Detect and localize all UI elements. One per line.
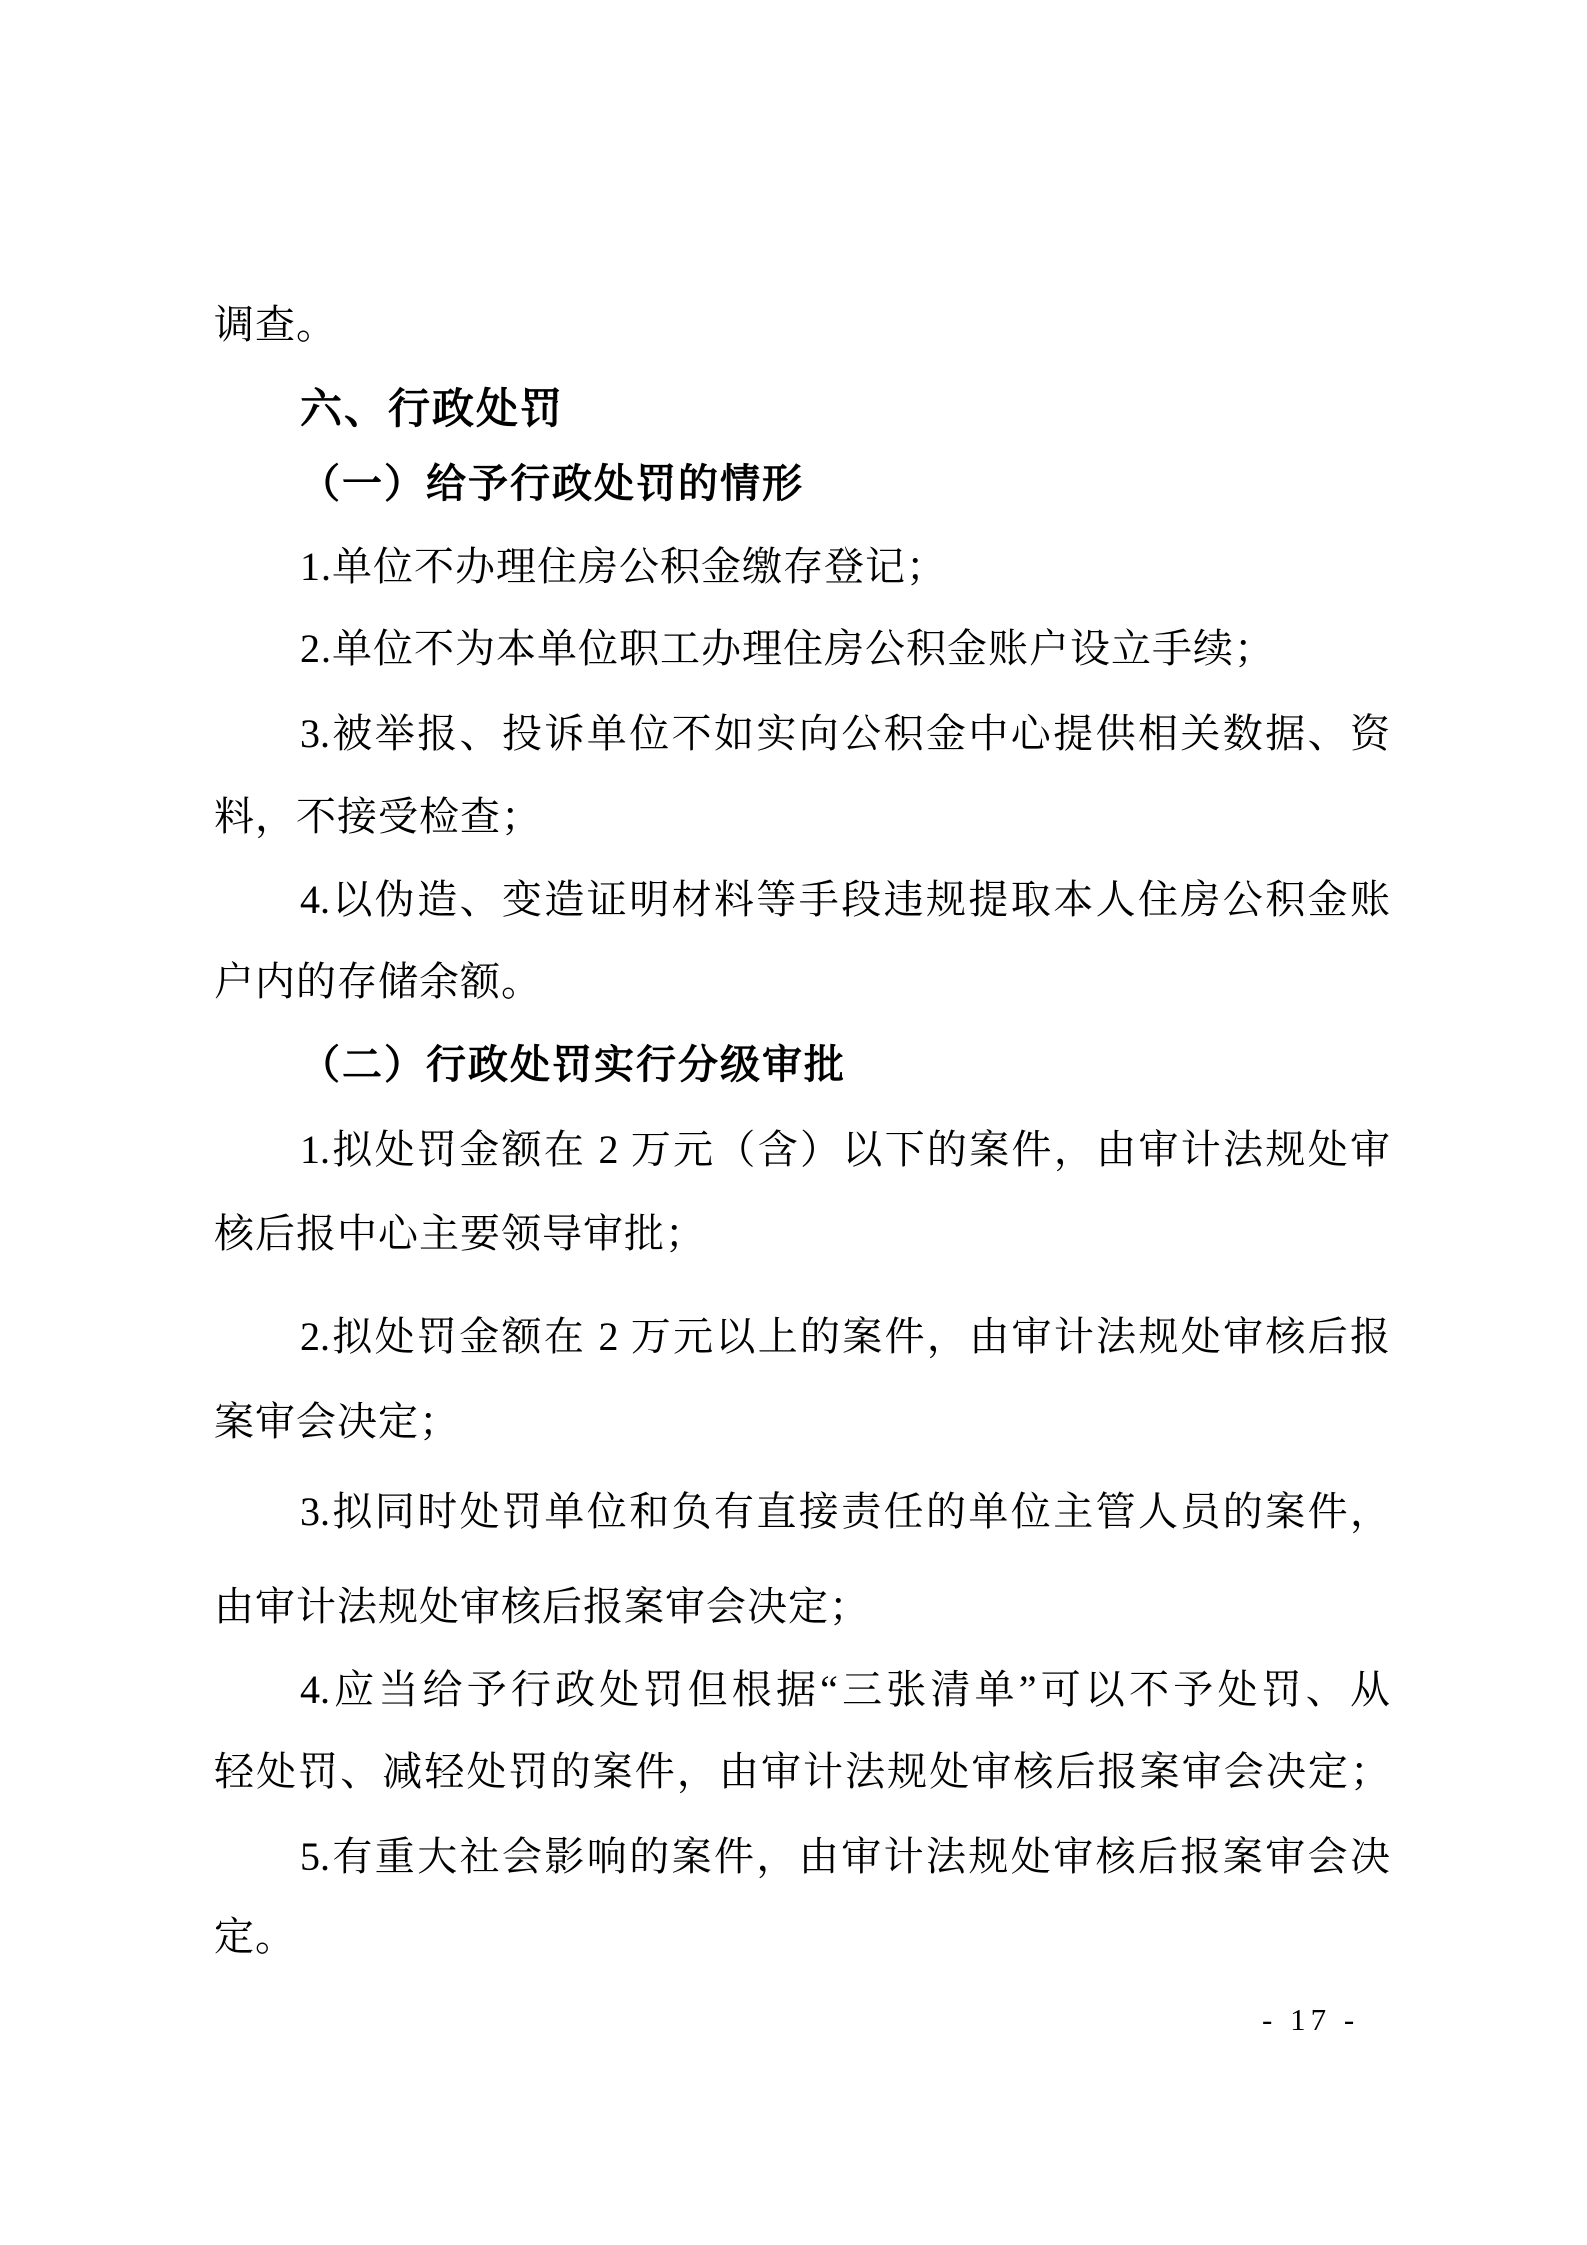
body-text-line: 2.单位不为本单位职工办理住房公积金账户设立手续； <box>214 627 1390 672</box>
body-text-line: 定。 <box>214 1915 1390 1960</box>
body-text-line: 户内的存储余额。 <box>214 960 1390 1005</box>
body-text-line: 轻处罚、减轻处罚的案件，由审计法规处审核后报案审会决定； <box>214 1750 1390 1795</box>
body-text-line: 调查。 <box>214 303 1390 348</box>
body-text-line: 3.被举报、投诉单位不如实向公积金中心提供相关数据、资 <box>214 712 1390 757</box>
body-text-line: 料，不接受检查； <box>214 795 1390 840</box>
body-text-line: 由审计法规处审核后报案审会决定； <box>214 1585 1390 1630</box>
document-page: 调查。六、行政处罚（一）给予行政处罚的情形1.单位不办理住房公积金缴存登记；2.… <box>0 0 1587 2245</box>
section-heading: 六、行政处罚 <box>214 385 1390 432</box>
body-text-line: 核后报中心主要领导审批； <box>214 1212 1390 1257</box>
body-text-line: 3.拟同时处罚单位和负有直接责任的单位主管人员的案件， <box>214 1490 1390 1535</box>
page-number: - 17 - <box>1262 2002 1359 2038</box>
body-text-line: 4.以伪造、变造证明材料等手段违规提取本人住房公积金账 <box>214 878 1390 923</box>
subsection-heading: （二）行政处罚实行分级审批 <box>214 1043 1390 1088</box>
body-text-line: 案审会决定； <box>214 1400 1390 1445</box>
body-text-line: 4.应当给予行政处罚但根据“三张清单”可以不予处罚、从 <box>214 1668 1390 1713</box>
body-text-line: 1.单位不办理住房公积金缴存登记； <box>214 545 1390 590</box>
subsection-heading: （一）给予行政处罚的情形 <box>214 462 1390 507</box>
body-text-line: 5.有重大社会影响的案件，由审计法规处审核后报案审会决 <box>214 1835 1390 1880</box>
body-text-line: 1.拟处罚金额在 2 万元（含）以下的案件，由审计法规处审 <box>214 1128 1390 1173</box>
body-text-line: 2.拟处罚金额在 2 万元以上的案件，由审计法规处审核后报 <box>214 1315 1390 1360</box>
